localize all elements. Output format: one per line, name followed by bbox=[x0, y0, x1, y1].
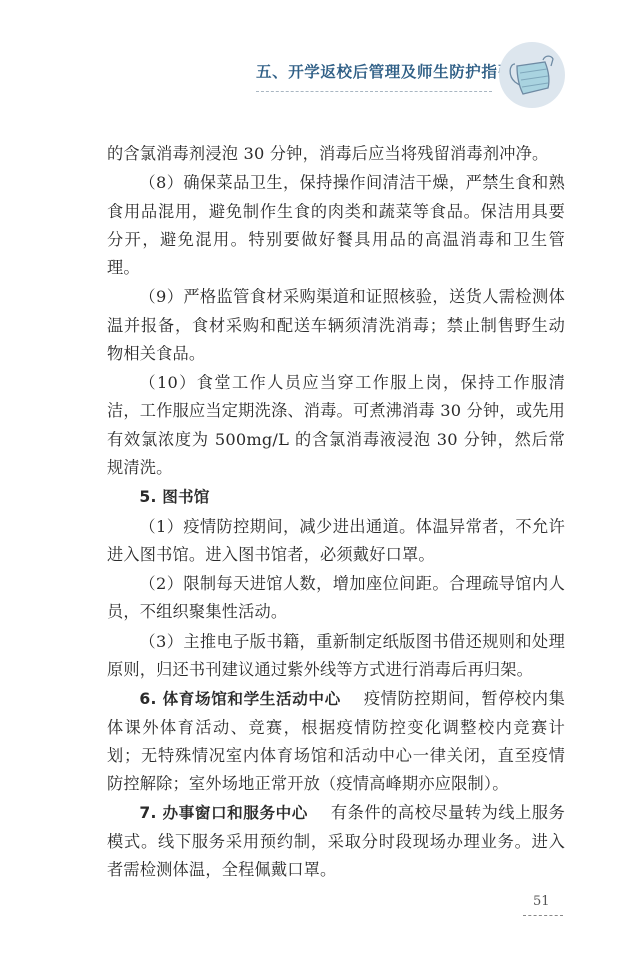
page-number: 51 bbox=[533, 894, 550, 909]
chapter-title: 五、开学返校后管理及师生防护指引 bbox=[256, 60, 514, 82]
paragraph-item-10: （10）食堂工作人员应当穿工作服上岗，保持工作服清洁，工作服应当定期洗涤、消毒。… bbox=[107, 369, 565, 482]
section-heading-sports: 6. 体育场馆和学生活动中心 bbox=[139, 690, 340, 708]
header-divider bbox=[256, 91, 492, 92]
section-heading-service: 7. 办事窗口和服务中心 bbox=[139, 804, 308, 822]
paragraph-library-1: （1）疫情防控期间，减少进出通道。体温异常者，不允许进入图书馆。进入图书馆者，必… bbox=[107, 513, 565, 569]
section-heading-library: 5. 图书馆 bbox=[107, 483, 565, 511]
body-text: 的含氯消毒剂浸泡 30 分钟，消毒后应当将残留消毒剂冲净。 （8）确保菜品卫生，… bbox=[107, 140, 565, 885]
section-heading-text: 5. 图书馆 bbox=[139, 488, 209, 506]
paragraph-sports-venues: 6. 体育场馆和学生活动中心疫情防控期间，暂停校内集体课外体育活动、竞赛，根据疫… bbox=[107, 685, 565, 798]
paragraph-item-8: （8）确保菜品卫生，保持操作间清洁干燥，严禁生食和熟食用品混用，避免制作生食的肉… bbox=[107, 169, 565, 282]
footer-divider bbox=[523, 915, 563, 916]
paragraph: 的含氯消毒剂浸泡 30 分钟，消毒后应当将残留消毒剂冲净。 bbox=[107, 140, 565, 168]
paragraph-library-3: （3）主推电子版书籍，重新制定纸版图书借还规则和处理原则，归还书刊建议通过紫外线… bbox=[107, 628, 565, 684]
page-header: 五、开学返校后管理及师生防护指引 bbox=[0, 0, 639, 120]
face-mask-icon bbox=[499, 42, 565, 108]
paragraph-item-9: （9）严格监管食材采购渠道和证照核验，送货人需检测体温并报备，食材采购和配送车辆… bbox=[107, 283, 565, 368]
paragraph-service-center: 7. 办事窗口和服务中心有条件的高校尽量转为线上服务模式。线下服务采用预约制，采… bbox=[107, 799, 565, 884]
paragraph-library-2: （2）限制每天进馆人数，增加座位间距。合理疏导馆内人员，不组织聚集性活动。 bbox=[107, 570, 565, 626]
